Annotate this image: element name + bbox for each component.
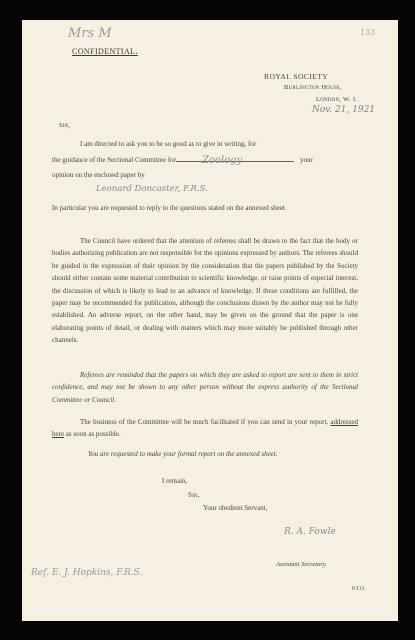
paper-author: Leonard Doncaster, F.R.S. — [96, 184, 208, 194]
para1-line2: the guidance of the Sectional Committee … — [52, 154, 313, 166]
pto-label: P.T.O. — [352, 586, 366, 592]
para6-formal-report-note: You are requested to make your formal re… — [88, 448, 278, 460]
letter-page: Mrs M 133 CONFIDENTIAL. ROYAL SOCIETY Bu… — [22, 20, 398, 621]
para1-line3: opinion on the enclosed paper by — [52, 169, 145, 181]
pencil-annotation: Mrs M — [68, 26, 112, 41]
para5: The business of the Committee will be mu… — [52, 416, 358, 441]
para1-line1: I am directed to ask you to be so good a… — [80, 138, 256, 150]
address-line-2: London, W. 1. — [316, 96, 358, 103]
para4-confidentiality-note: Referees are reminded that the papers on… — [52, 369, 358, 406]
para1-line2-prefix: the guidance of the Sectional Committee … — [52, 156, 176, 164]
closing-line-2: Sir, — [188, 489, 199, 501]
address-line-1: Burlington House, — [284, 84, 342, 91]
organization-name: ROYAL SOCIETY — [264, 72, 328, 81]
folio-number: 133 — [360, 28, 375, 37]
para3: The Council have ordered that the attent… — [52, 235, 358, 347]
confidential-label: CONFIDENTIAL. — [72, 47, 138, 56]
para5-prefix: The business of the Committee will be mu… — [80, 418, 328, 426]
salutation-text: Sir, — [59, 122, 70, 129]
referee-note: Ref. E. J. Hopkins, F.R.S. — [31, 568, 142, 578]
para2: In particular you are requested to reply… — [52, 202, 358, 214]
closing-line-3: Your obedient Servant, — [203, 502, 267, 514]
signature: R. A. Fowle — [284, 527, 336, 537]
para1-line2-suffix: your — [300, 156, 313, 164]
para5-suffix: as soon as possible. — [66, 430, 121, 438]
committee-fill-line: Zoology — [176, 161, 294, 162]
signatory-title: Assistant Secretary. — [276, 561, 327, 568]
committee-name: Zoology — [202, 155, 242, 167]
letter-date: Nov. 21, 1921 — [312, 105, 375, 115]
closing-line-1: I remain, — [162, 475, 187, 487]
